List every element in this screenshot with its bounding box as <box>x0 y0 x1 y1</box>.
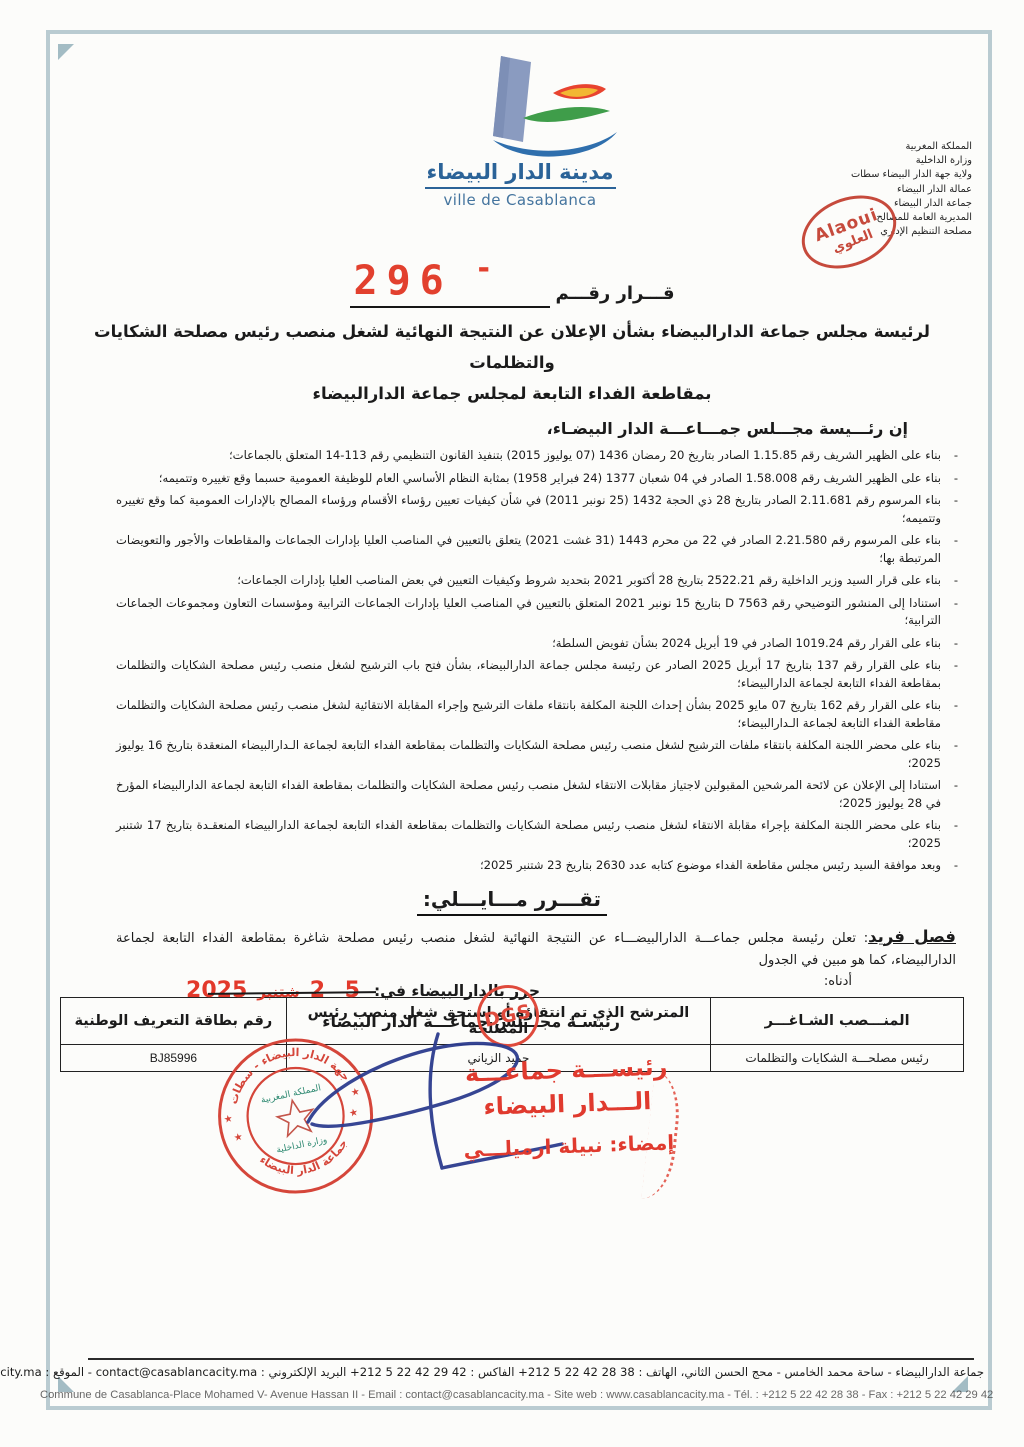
whereas-item: بناء على محضر اللجنة المكلفة بإجراء مقاب… <box>116 817 962 852</box>
decision-title: لرئيسة مجلس جماعة الدارالبيضاء بشأن الإع… <box>60 316 964 409</box>
corner-triangle-top-left <box>58 44 74 60</box>
letterhead-line: وزارة الداخلية <box>822 154 972 168</box>
letterhead-line: المملكة المغربية <box>822 140 972 154</box>
whereas-item: بناء على الظهير الشريف رقم 1.15.85 الصاد… <box>116 447 962 465</box>
letterhead-line: عمالة الدار البيضاء <box>822 183 972 197</box>
bullet-dash <box>950 470 962 488</box>
whereas-text: بناء على الظهير الشريف رقم 1.58.008 الصا… <box>116 470 941 488</box>
whereas-item: وبعد موافقة السيد رئيس مجلس مقاطعة الفدا… <box>116 857 962 875</box>
decree-heading: تقـــرر مـــايـــلي: <box>60 887 964 916</box>
whereas-item: بناء على القرار رقم 1019.24 الصادر في 19… <box>116 635 962 653</box>
stamp-star: ★ <box>223 1113 234 1126</box>
bullet-dash <box>950 532 962 567</box>
logo-arabic-name: مدينة الدار البيضاء <box>425 160 616 189</box>
bullet-dash <box>950 635 962 653</box>
whereas-text: استنادا إلى الإعلان عن لائحة المرشحين ال… <box>116 777 941 812</box>
whereas-text: استنادا إلى المنشور التوضيحي رقم D 7563 … <box>116 595 941 630</box>
whereas-text: بناء على القرار رقم 162 بتاريخ 07 مايو 2… <box>116 697 941 732</box>
bullet-dash <box>950 657 962 692</box>
whereas-text: بناء على محضر اللجنة المكلفة بإجراء مقاب… <box>116 817 941 852</box>
bullet-dash <box>950 817 962 852</box>
decision-number-line: 296 - <box>350 248 550 308</box>
whereas-text: بناء المرسوم رقم 2.11.681 الصادر بتاريخ … <box>116 492 941 527</box>
whereas-text: بناء على محضر اللجنة المكلفة بانتقاء ملف… <box>116 737 941 772</box>
header-vacant-position: المنـــصب الشـاغـــر <box>711 997 964 1044</box>
president-stamp-line2: الـــدار البيضاء <box>459 1086 675 1121</box>
casablanca-logo-icon <box>405 50 635 160</box>
bullet-dash <box>950 492 962 527</box>
footer-arabic-contact: جماعة الدارالبيضاء - ساحة محمد الخامس - … <box>40 1365 984 1379</box>
whereas-text: بناء على القرار رقم 137 بتاريخ 17 أبريل … <box>116 657 941 692</box>
footer-divider <box>88 1358 974 1360</box>
whereas-text: بناء على المرسوم رقم 2.21.580 الصادر في … <box>116 532 941 567</box>
cell-vacant-position: رئيس مصلحـــة الشكايات والتظلمات <box>711 1044 964 1071</box>
footer-french-contact: Commune de Casablanca-Place Mohamed V- A… <box>40 1389 984 1401</box>
bullet-dash <box>950 737 962 772</box>
whereas-item: بناء على قرار السيد وزير الداخلية رقم 25… <box>116 572 962 590</box>
whereas-item: بناء على محضر اللجنة المكلفة بانتقاء ملف… <box>116 737 962 772</box>
whereas-item: بناء المرسوم رقم 2.11.681 الصادر بتاريخ … <box>116 492 962 527</box>
decree-heading-text: تقـــرر مـــايـــلي: <box>417 887 607 916</box>
whereas-text: بناء على الظهير الشريف رقم 1.15.85 الصاد… <box>116 447 941 465</box>
bullet-dash <box>950 697 962 732</box>
president-stamp-text: رئيســـة جماعـــة الـــدار البيضاء إمضاء… <box>458 1052 676 1161</box>
date-year: 2025 <box>186 978 247 1003</box>
letterhead-line: ولاية جهة الدار البيضاء سطات <box>822 168 972 182</box>
preamble-intro: إن رئـــيسة مجـــلس جمـــاعـــة الدار ال… <box>60 419 964 438</box>
whereas-item: استنادا إلى الإعلان عن لائحة المرشحين ال… <box>116 777 962 812</box>
decision-title-line1: لرئيسة مجلس جماعة الدارالبيضاء بشأن الإع… <box>60 316 964 378</box>
whereas-item: بناء على القرار رقم 162 بتاريخ 07 مايو 2… <box>116 697 962 732</box>
whereas-text: بناء على القرار رقم 1019.24 الصادر في 19… <box>116 635 941 653</box>
single-article: فصل فريد: تعلن رئيسة مجلس جماعـــة الدار… <box>60 926 964 972</box>
whereas-text: بناء على قرار السيد وزير الداخلية رقم 25… <box>116 572 941 590</box>
decision-title-line2: بمقاطعة الفداء التابعة لمجلس جماعة الدار… <box>60 378 964 409</box>
whereas-item: بناء على الظهير الشريف رقم 1.58.008 الصا… <box>116 470 962 488</box>
whereas-text: وبعد موافقة السيد رئيس مجلس مقاطعة الفدا… <box>116 857 941 875</box>
bullet-dash <box>950 777 962 812</box>
decision-number-row: قـــرار رقـــم 296 - <box>60 246 964 308</box>
whereas-item: بناء على المرسوم رقم 2.21.580 الصادر في … <box>116 532 962 567</box>
article-label: فصل فريد <box>868 927 956 946</box>
issued-date-row: حرر بالدارالبيضاء في: 2025 شتنبر 2 5 <box>90 978 630 1003</box>
stamp-star: ★ <box>233 1132 244 1145</box>
bullet-dash <box>950 572 962 590</box>
decision-number-dash: - <box>478 251 490 286</box>
whereas-item: استنادا إلى المنشور التوضيحي رقم D 7563 … <box>116 595 962 630</box>
casablanca-city-logo: مدينة الدار البيضاء ville de Casablanca <box>392 50 648 209</box>
bullet-dash <box>950 595 962 630</box>
article-text: : تعلن رئيسة مجلس جماعـــة الدارالبيضـــ… <box>116 931 956 968</box>
whereas-item: بناء على القرار رقم 137 بتاريخ 17 أبريل … <box>116 657 962 692</box>
bullet-dash <box>950 447 962 465</box>
decision-number-label: قـــرار رقـــم <box>556 283 675 308</box>
document-body: قـــرار رقـــم 296 - لرئيسة مجلس جماعة ا… <box>60 246 964 1072</box>
bullet-dash <box>950 857 962 875</box>
logo-french-name: ville de Casablanca <box>392 191 648 209</box>
document-page: مدينة الدار البيضاء ville de Casablanca … <box>0 0 1024 1447</box>
decision-number-stamp: 296 <box>354 258 453 304</box>
whereas-list: بناء على الظهير الشريف رقم 1.15.85 الصاد… <box>60 447 964 875</box>
